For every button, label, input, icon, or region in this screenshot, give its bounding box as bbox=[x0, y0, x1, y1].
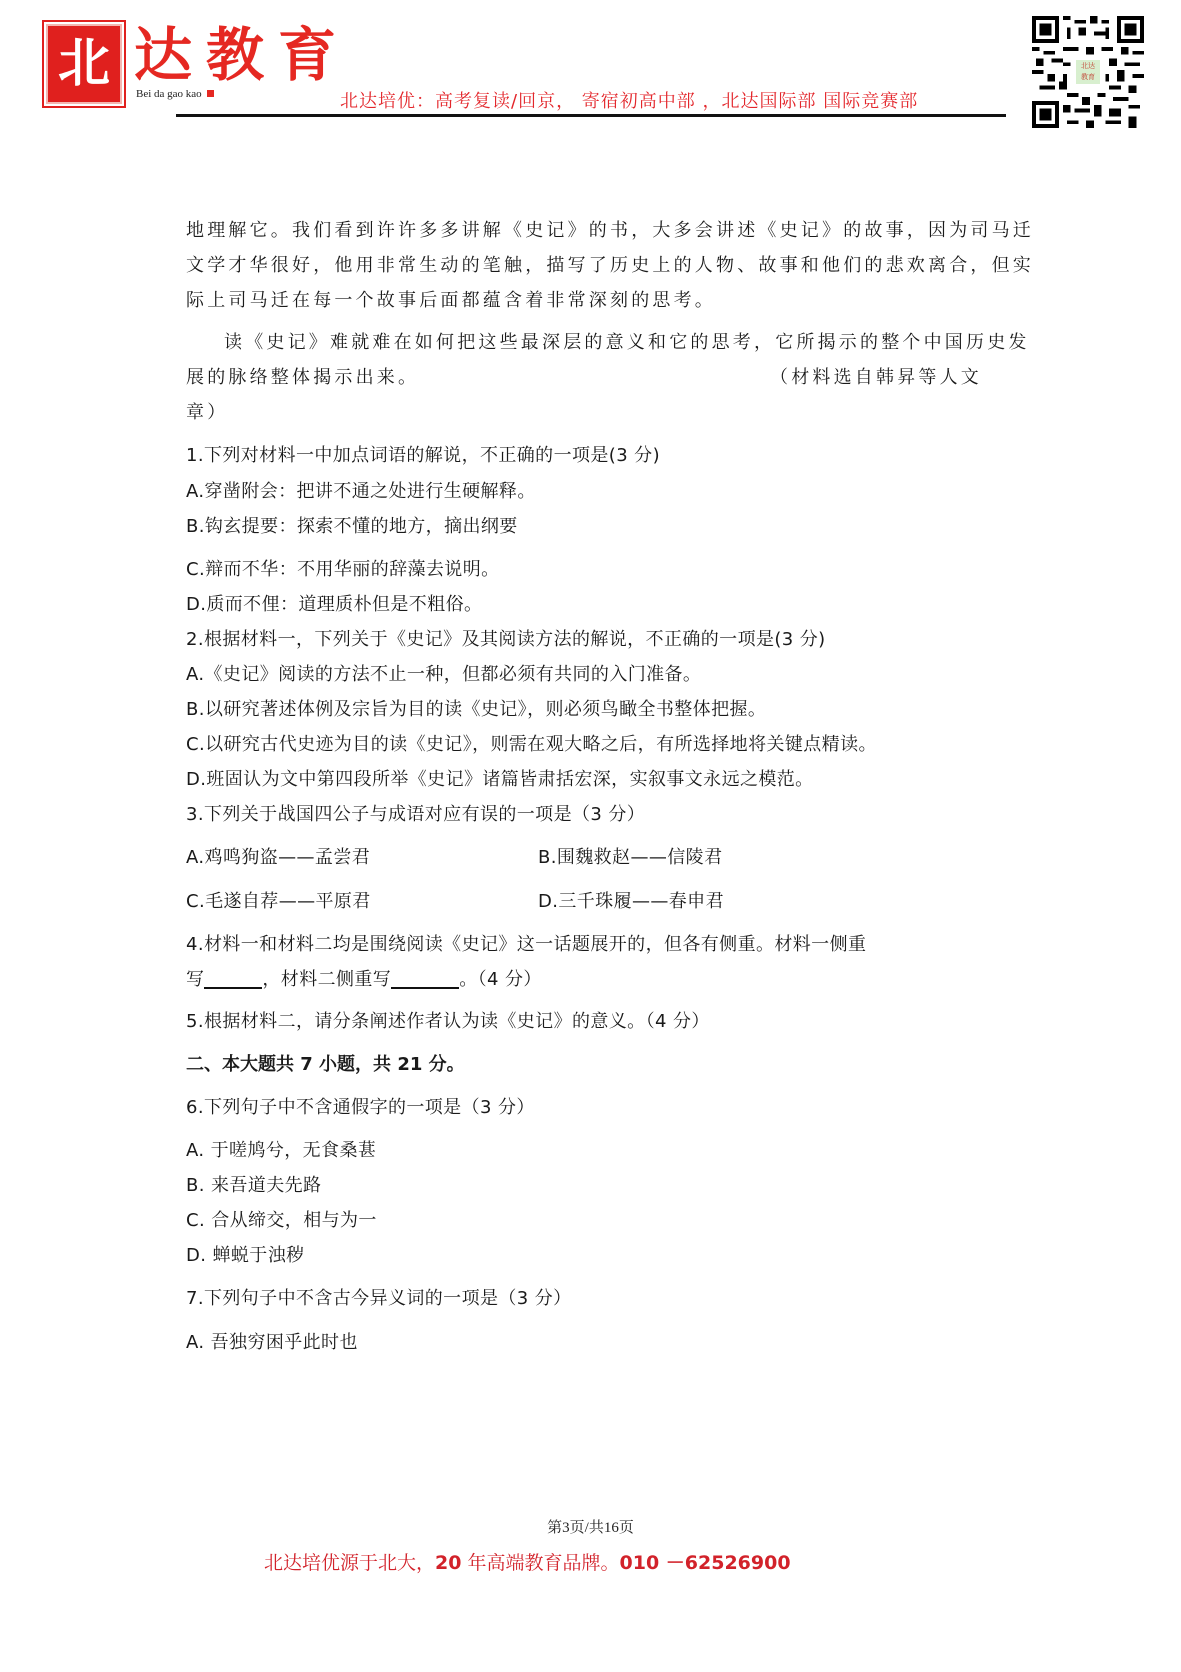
question-option: B.围魏救赵——信陵君 bbox=[538, 846, 722, 870]
question-option: B.钩玄提要：探索不懂的地方，摘出纲要 bbox=[186, 515, 518, 539]
question-stem: 1.下列对材料一中加点词语的解说，不正确的一项是(3 分) bbox=[186, 444, 660, 468]
answer-blank-2[interactable] bbox=[391, 969, 459, 989]
question-stem-continued: 写，材料二侧重写。（4 分） bbox=[186, 968, 542, 992]
passage-line: 地理解它。我们看到许许多多讲解《史记》的书，大多会讲述《史记》的故事，因为司马迁 bbox=[186, 219, 1034, 243]
answer-blank-1[interactable] bbox=[204, 969, 262, 989]
question-option: B. 来吾道夫先路 bbox=[186, 1174, 321, 1198]
question-option: A. 吾独穷困乎此时也 bbox=[186, 1331, 358, 1355]
passage-line: 读《史记》难就难在如何把这些最深层的意义和它的思考，它所揭示的整个中国历史发 bbox=[224, 331, 1030, 355]
question-stem: 5.根据材料二，请分条阐述作者认为读《史记》的意义。（4 分） bbox=[186, 1010, 710, 1034]
question-option: A.《史记》阅读的方法不止一种，但都必须有共同的入门准备。 bbox=[186, 663, 701, 687]
question-option: C.毛遂自荐——平原君 bbox=[186, 890, 371, 914]
passage-source: （材料选自韩昇等人文 bbox=[770, 366, 982, 390]
question-option: D.质而不俚：道理质朴但是不粗俗。 bbox=[186, 593, 482, 617]
question-stem: 4.材料一和材料二均是围绕阅读《史记》这一话题展开的，但各有侧重。材料一侧重 bbox=[186, 933, 866, 957]
question-stem: 7.下列句子中不含古今异义词的一项是（3 分） bbox=[186, 1287, 572, 1311]
passage-line: 际上司马迁在每一个故事后面都蕴含着非常深刻的思考。 bbox=[186, 289, 716, 313]
logo-glyph: 北 bbox=[48, 32, 120, 96]
brand-logo-subtitle: Bei da gao kao bbox=[136, 88, 214, 100]
question-option: D. 蝉蜕于浊秽 bbox=[186, 1244, 305, 1268]
question-option: A.鸡鸣狗盗——孟尝君 bbox=[186, 846, 370, 870]
question-option: B.以研究著述体例及宗旨为目的读《史记》，则必须鸟瞰全书整体把握。 bbox=[186, 698, 766, 722]
question-option: C.辩而不华：不用华丽的辞藻去说明。 bbox=[186, 558, 500, 582]
question-option: D.班固认为文中第四段所举《史记》诸篇皆肃括宏深，实叙事文永远之模范。 bbox=[186, 768, 814, 792]
question-option: C. 合从缔交，相与为一 bbox=[186, 1209, 377, 1233]
qr-center-logo: 北达教育 bbox=[1076, 60, 1100, 84]
passage-line: 文学才华很好，他用非常生动的笔触，描写了历史上的人物、故事和他们的悲欢离合，但实 bbox=[186, 254, 1034, 278]
brand-logo-text: 达教育 bbox=[134, 20, 350, 90]
question-stem: 6.下列句子中不含通假字的一项是（3 分） bbox=[186, 1096, 535, 1120]
passage-line: 展的脉络整体揭示出来。 bbox=[186, 366, 419, 390]
question-option: D.三千珠履——春申君 bbox=[538, 890, 724, 914]
brand-logo-mark: 北 bbox=[46, 24, 122, 104]
section-heading: 二、本大题共 7 小题，共 21 分。 bbox=[186, 1053, 465, 1077]
question-option: A. 于嗟鸠兮，无食桑葚 bbox=[186, 1139, 376, 1163]
header-divider bbox=[176, 114, 1006, 117]
question-stem: 3.下列关于战国四公子与成语对应有误的一项是（3 分） bbox=[186, 803, 645, 827]
header-slogan: 北达培优：高考复读/回京， 寄宿初高中部 ，北达国际部 国际竞赛部 bbox=[340, 87, 918, 113]
red-square-icon bbox=[207, 90, 214, 97]
footer-slogan: 北达培优源于北大，20 年高端教育品牌。010 －62526900 bbox=[264, 1548, 791, 1575]
passage-source-end: 章） bbox=[186, 401, 228, 425]
question-stem: 2.根据材料一，下列关于《史记》及其阅读方法的解说，不正确的一项是(3 分) bbox=[186, 628, 826, 652]
page-number: 第3页/共16页 bbox=[0, 1516, 1181, 1537]
question-option: A.穿凿附会：把讲不通之处进行生硬解释。 bbox=[186, 480, 536, 504]
question-option: C.以研究古代史迹为目的读《史记》，则需在观大略之后，有所选择地将关键点精读。 bbox=[186, 733, 877, 757]
qr-code-icon: 北达教育 bbox=[1032, 16, 1144, 128]
